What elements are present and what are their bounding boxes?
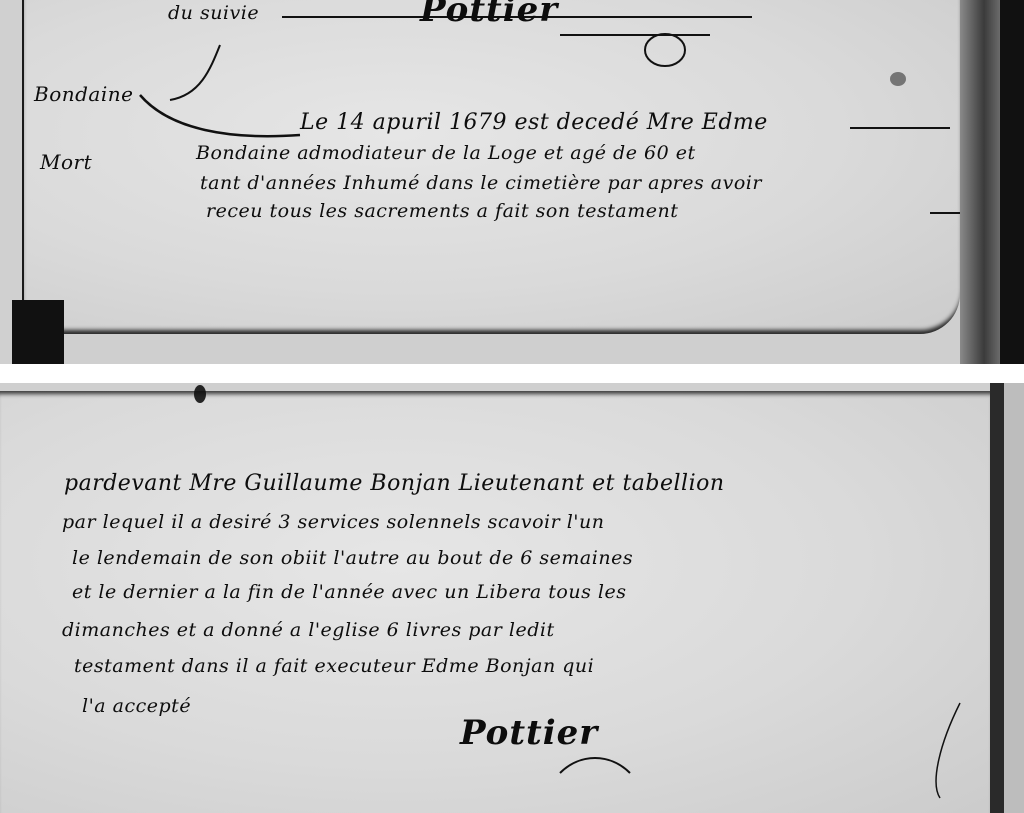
entry-line-4: receu tous les sacrements a fait son tes…	[206, 200, 678, 222]
register-fragment-top: du suivie Pottier Bondaine Mort Le 14 ap…	[0, 0, 1024, 364]
signature-flourish	[560, 743, 640, 783]
flourish-stroke	[930, 703, 970, 803]
binding-hole	[194, 385, 206, 403]
ink-stain	[890, 72, 906, 86]
entry-line-7: le lendemain de son obiit l'autre au bou…	[72, 547, 633, 569]
entry-line-5: pardevant Mre Guillaume Bonjan Lieutenan…	[64, 471, 725, 496]
entry-line-11: l'a accepté	[82, 695, 191, 717]
binding-shadow-left	[12, 300, 64, 364]
register-fragment-bottom: pardevant Mre Guillaume Bonjan Lieutenan…	[0, 383, 1024, 813]
margin-name: Bondaine	[34, 82, 133, 106]
entry-line-10: testament dans il a fait executeur Edme …	[74, 655, 594, 677]
spine-binding	[960, 0, 1000, 364]
previous-entry-text: du suivie	[168, 2, 259, 24]
spine-dark	[1000, 0, 1024, 364]
entry-line-3: tant d'années Inhumé dans le cimetière p…	[200, 172, 762, 194]
spine-binding	[990, 383, 1004, 813]
margin-rule	[22, 0, 24, 330]
entry-line-8: et le dernier a la fin de l'année avec u…	[72, 581, 626, 603]
line-filler	[850, 127, 950, 129]
entry-line-9: dimanches et a donné a l'eglise 6 livres…	[62, 619, 555, 641]
previous-signature: Pottier	[420, 0, 558, 30]
entry-line-6: par lequel il a desiré 3 services solenn…	[62, 511, 605, 533]
entry-line-1: Le 14 apuril 1679 est decedé Mre Edme	[300, 110, 768, 135]
signature-flourish	[560, 0, 760, 70]
margin-status: Mort	[40, 150, 92, 174]
next-page-edge	[1004, 383, 1024, 813]
line-filler	[930, 212, 960, 214]
entry-line-2: Bondaine admodiateur de la Loge et agé d…	[196, 142, 696, 164]
